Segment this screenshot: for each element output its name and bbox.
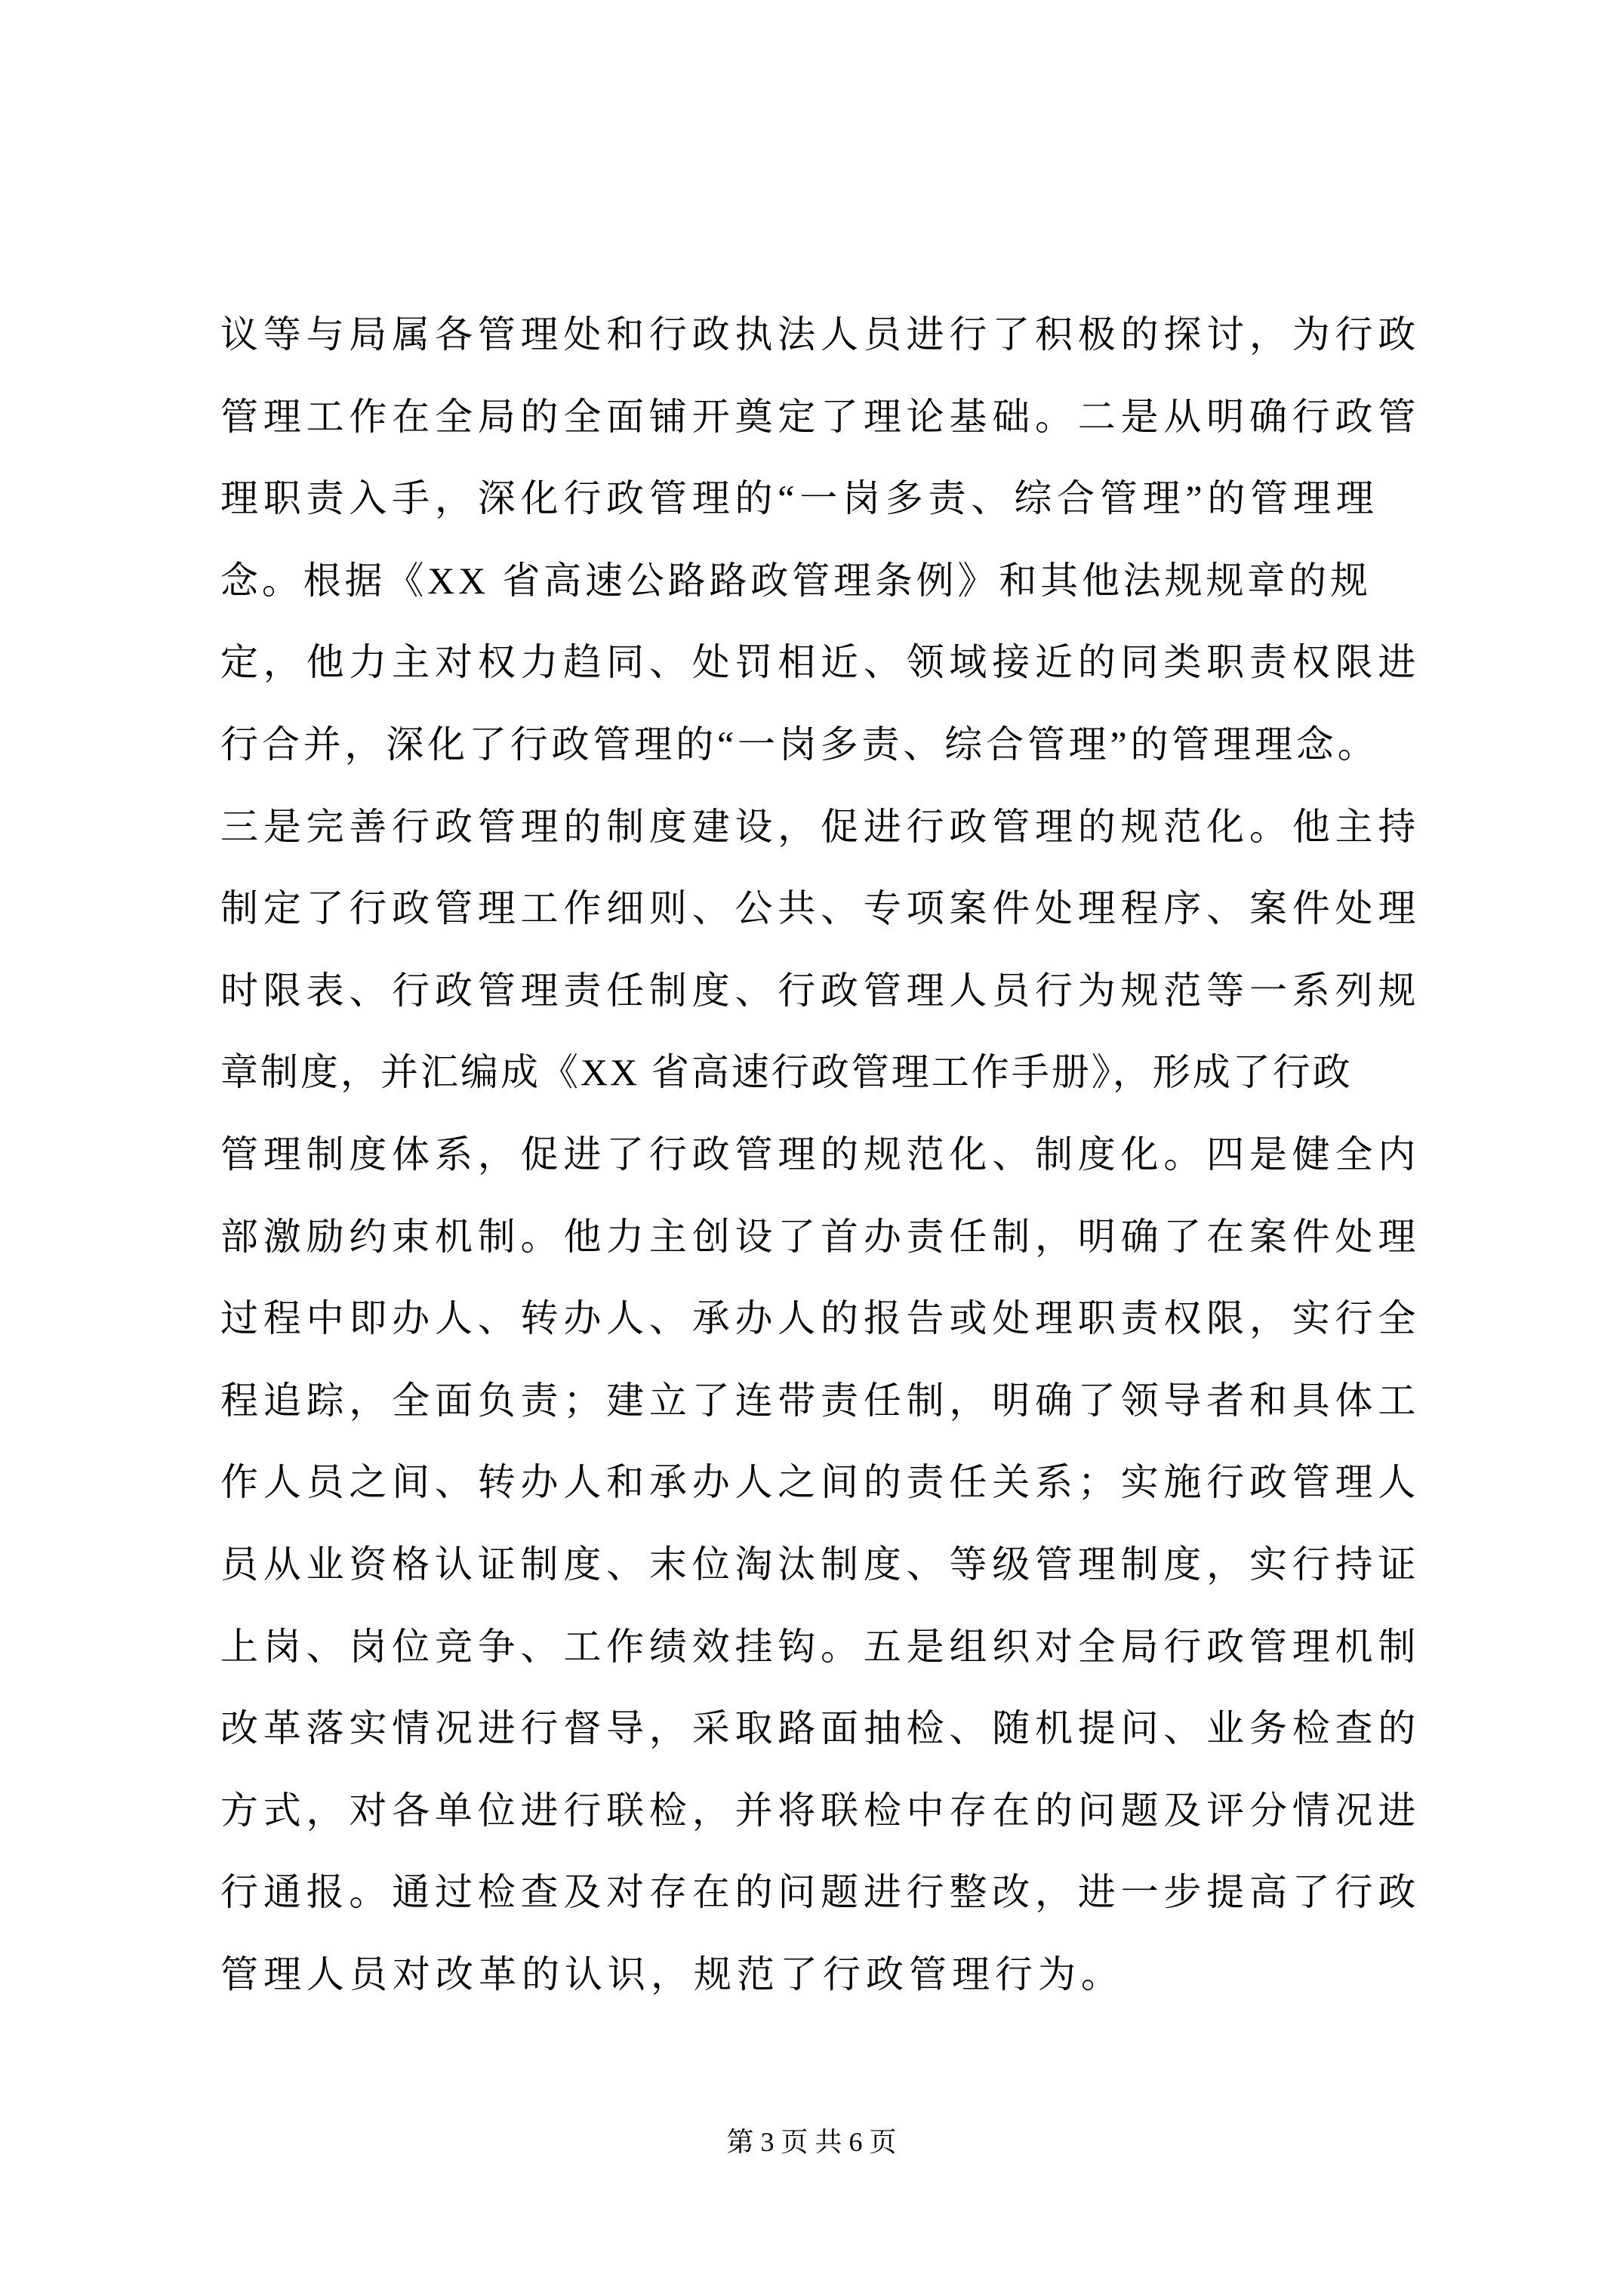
text-line: 章制度，并汇编成《XX 省高速行政管理工作手册》，形成了行政 — [220, 1031, 1421, 1114]
text-line: 时限表、行政管理责任制度、行政管理人员行为规范等一系列规 — [220, 950, 1421, 1032]
text-line: 上岗、岗位竞争、工作绩效挂钩。五是组织对全局行政管理机制 — [220, 1606, 1421, 1688]
text-line: 管理人员对改革的认识，规范了行政管理行为。 — [220, 1934, 1421, 2016]
text-line: 部激励约束机制。他力主创设了首办责任制，明确了在案件处理 — [220, 1196, 1421, 1278]
text-line: 管理工作在全局的全面铺开奠定了理论基础。二是从明确行政管 — [220, 376, 1421, 458]
text-line: 议等与局属各管理处和行政执法人员进行了积极的探讨，为行政 — [220, 294, 1421, 376]
text-line: 制定了行政管理工作细则、公共、专项案件处理程序、案件处理 — [220, 868, 1421, 950]
text-line: 改革落实情况进行督导，采取路面抽检、随机提问、业务检查的 — [220, 1687, 1421, 1770]
page-number-text: 第 3 页 共 6 页 — [726, 2127, 896, 2157]
document-page: 议等与局属各管理处和行政执法人员进行了积极的探讨，为行政管理工作在全局的全面铺开… — [0, 0, 1623, 2296]
text-line: 行通报。通过检查及对存在的问题进行整改，进一步提高了行政 — [220, 1851, 1421, 1934]
text-line: 定，他力主对权力趋同、处罚相近、领域接近的同类职责权限进 — [220, 621, 1421, 704]
text-line: 念。根据《XX 省高速公路路政管理条例》和其他法规规章的规 — [220, 540, 1421, 622]
text-line: 作人员之间、转办人和承办人之间的责任关系；实施行政管理人 — [220, 1441, 1421, 1524]
text-line: 行合并，深化了行政管理的“一岗多责、综合管理”的管理理念。 — [220, 704, 1421, 786]
text-line: 程追踪，全面负责；建立了连带责任制，明确了领导者和具体工 — [220, 1360, 1421, 1442]
text-line: 理职责入手，深化行政管理的“一岗多责、综合管理”的管理理 — [220, 458, 1421, 540]
text-line: 三是完善行政管理的制度建设，促进行政管理的规范化。他主持 — [220, 786, 1421, 868]
document-body: 议等与局属各管理处和行政执法人员进行了积极的探讨，为行政管理工作在全局的全面铺开… — [220, 294, 1421, 2015]
page-footer: 第 3 页 共 6 页 — [0, 2126, 1623, 2158]
text-line: 过程中即办人、转办人、承办人的报告或处理职责权限，实行全 — [220, 1277, 1421, 1360]
text-line: 方式，对各单位进行联检，并将联检中存在的问题及评分情况进 — [220, 1770, 1421, 1852]
text-line: 员从业资格认证制度、末位淘汰制度、等级管理制度，实行持证 — [220, 1524, 1421, 1606]
text-line: 管理制度体系，促进了行政管理的规范化、制度化。四是健全内 — [220, 1114, 1421, 1196]
